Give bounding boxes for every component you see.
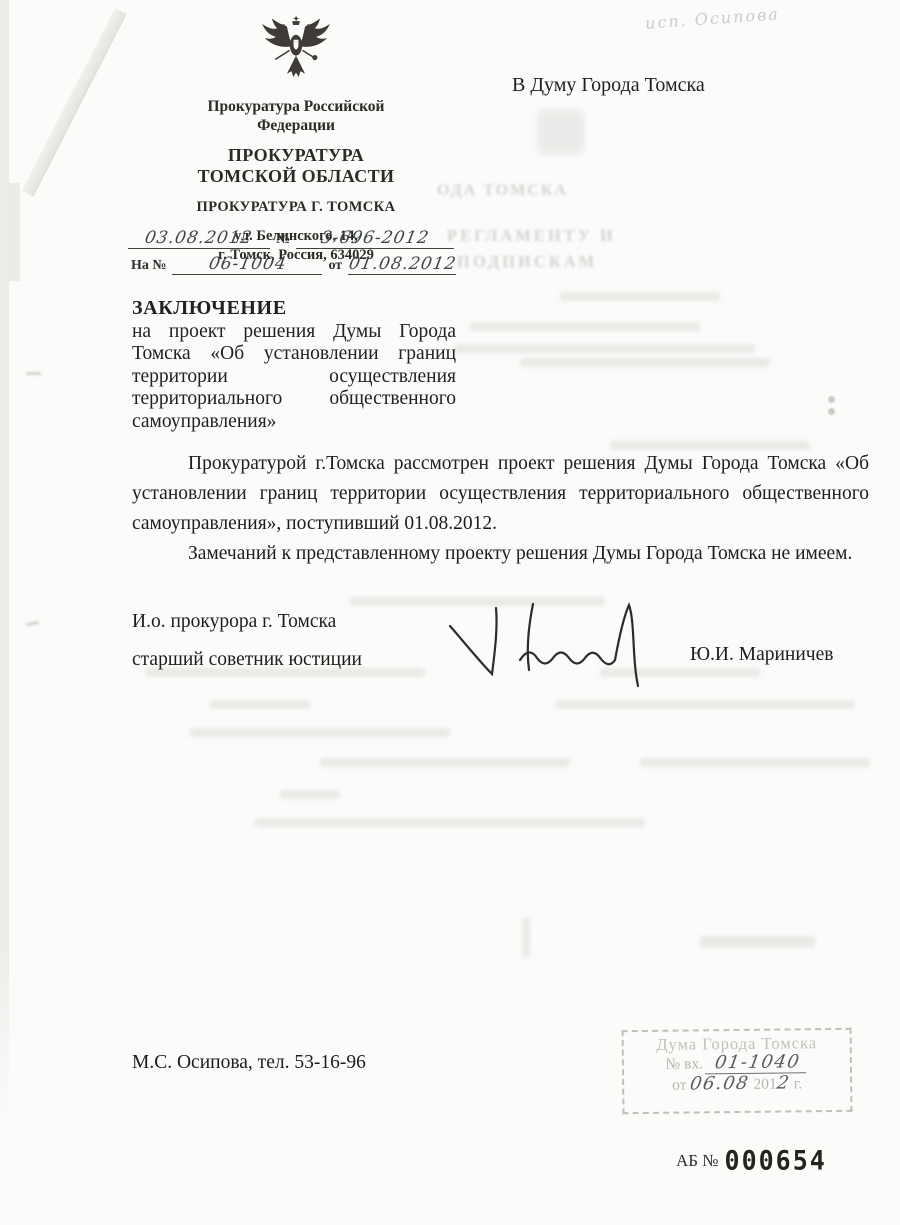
handwritten-date: 01.08.2012: [347, 254, 458, 274]
pencil-annotation: исп. Осипова: [645, 4, 781, 32]
form-number-value: 000654: [725, 1145, 827, 1176]
scan-noise: [455, 344, 755, 353]
outgoing-number-row: 03.08.2012 № 3-696-2012: [128, 228, 480, 249]
outgoing-date-field: 03.08.2012: [128, 228, 270, 249]
document-title: ЗАКЛЮЧЕНИЕ: [132, 297, 456, 320]
page-fold-crease: [6, 183, 20, 281]
scan-noise: [470, 322, 700, 331]
stamp-handwritten-number: 01-1040: [705, 1051, 810, 1074]
body-text: Прокуратурой г.Томска рассмотрен проект …: [132, 449, 869, 569]
incoming-date-field: 01.08.2012: [348, 254, 456, 275]
scan-noise: [210, 700, 310, 709]
from-label: от: [322, 258, 348, 275]
form-number-stamp: АБ № 000654: [676, 1146, 827, 1175]
entry-registration-stamp: Дума Города Томска № вх. 01-1040 от 06.0…: [622, 1028, 853, 1114]
signer-name: Ю.И. Мариничев: [690, 644, 833, 666]
scan-noise: [522, 918, 530, 958]
incoming-number-field: 06-1004: [172, 254, 322, 275]
scan-noise: [280, 790, 340, 799]
stamp-year-suffix: г.: [794, 1075, 803, 1092]
body-paragraph: Прокуратурой г.Томска рассмотрен проект …: [132, 449, 869, 539]
stamp-date-label: от: [672, 1077, 687, 1094]
scan-left-edge-shadow: [0, 0, 9, 1120]
outgoing-number-field: 3-696-2012: [296, 228, 454, 249]
stamp-handwritten-year-digit: 2: [775, 1072, 791, 1093]
page-fold-crease: [22, 8, 127, 197]
handwritten-number: 06-1004: [207, 254, 288, 274]
reply-to-label: На №: [131, 258, 172, 275]
scan-noise: [26, 621, 39, 627]
signer-position-line2: старший советник юстиции: [132, 649, 362, 671]
scan-noise: [320, 758, 570, 767]
org-name-federal: Прокуратура Российской Федерации: [128, 97, 464, 136]
scan-noise: [640, 758, 870, 767]
org-name-line: Прокуратура Российской: [128, 97, 464, 116]
number-sign-label: №: [270, 232, 296, 249]
incoming-number-row: На № 06-1004 от 01.08.2012: [131, 254, 483, 275]
stamp-date-row: от 06.08 2012 г.: [624, 1072, 850, 1095]
stamp-year-printed: 201: [753, 1076, 776, 1093]
document-subject: на проект решения Думы Города Томска «Об…: [132, 321, 456, 433]
title-block: ЗАКЛЮЧЕНИЕ на проект решения Думы Города…: [132, 297, 456, 433]
org-name-city: ПРОКУРАТУРА Г. ТОМСКА: [128, 199, 464, 216]
scan-noise: [255, 818, 645, 827]
scan-noise: [190, 728, 450, 737]
org-name-line: ТОМСКОЙ ОБЛАСТИ: [128, 166, 464, 188]
scan-noise: [538, 110, 584, 154]
form-series-label: АБ №: [676, 1151, 719, 1171]
executor-contact: М.С. Осипова, тел. 53-16-96: [132, 1052, 366, 1074]
body-paragraph: Замечаний к представленному проекту реше…: [132, 539, 869, 569]
scan-noise: [828, 408, 835, 415]
org-name-region: ПРОКУРАТУРА ТОМСКОЙ ОБЛАСТИ: [128, 145, 464, 188]
scan-noise: [520, 358, 770, 367]
scan-noise: [555, 700, 855, 709]
handwritten-date: 03.08.2012: [144, 228, 255, 248]
handwritten-signature: [436, 596, 696, 696]
signer-position-line1: И.о. прокурора г. Томска: [132, 611, 336, 633]
addressee: В Думу Города Томска: [512, 74, 705, 97]
stamp-handwritten-date: 06.08: [689, 1073, 752, 1095]
org-name-line: Федерации: [128, 116, 464, 135]
handwritten-number: 3-696-2012: [319, 228, 431, 248]
scan-noise: [560, 292, 720, 301]
scan-noise: [26, 372, 41, 375]
scanned-letter-page: ОДА ТОМСКА РЕГЛАМЕНТУ И ПОДПИСКАМ исп. О…: [0, 0, 900, 1225]
stamp-number-label: № вх.: [665, 1055, 703, 1072]
scan-noise: [828, 396, 835, 403]
coat-of-arms-eagle-icon: [257, 14, 335, 92]
org-name-line: ПРОКУРАТУРА: [128, 145, 464, 167]
scan-noise: [700, 936, 815, 948]
